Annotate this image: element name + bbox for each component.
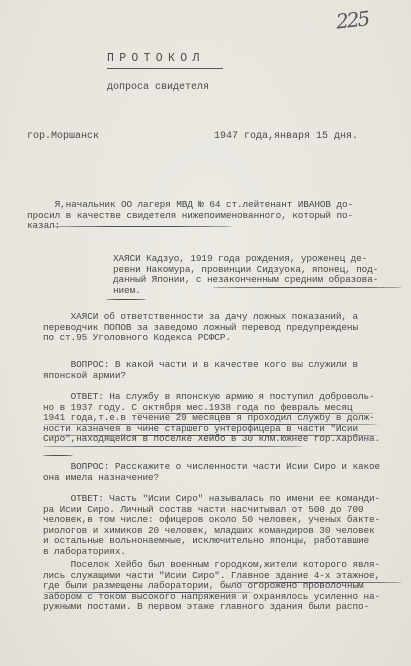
pencil-underline [43, 435, 378, 436]
archive-page-number: 225 [335, 6, 370, 33]
pencil-underline [43, 592, 253, 593]
intro-paragraph: Я,начальник ОО лагеря МВД № 64 ст.лейтен… [27, 200, 353, 232]
document-title: ПРОТОКОЛ [107, 52, 223, 69]
paragraph-settlement: Поселок Хейбо был военным городком,жител… [43, 560, 380, 613]
pencil-underline [52, 226, 232, 227]
pencil-underline [212, 287, 402, 288]
question-2: ВОПРОС: Расскажите о численности части И… [43, 462, 380, 483]
pencil-underline [134, 413, 374, 414]
answer-1: ОТВЕТ: На службу в японскую армию я пост… [43, 392, 380, 445]
pencil-underline [106, 299, 146, 300]
document-page: 225 ПРОТОКОЛ допроса свидетеля гор.Морша… [0, 0, 411, 666]
pencil-underline [43, 455, 73, 456]
document-date: 1947 года,января 15 дня. [214, 131, 358, 142]
question-1: ВОПРОС: В какой части и в качестве кого … [43, 360, 358, 381]
document-subtitle: допроса свидетеля [107, 82, 209, 93]
answer-2: ОТВЕТ: Часть "Исии Сиро" называлась по и… [43, 494, 380, 558]
pencil-underline [43, 446, 303, 447]
pencil-underline [232, 582, 402, 583]
witness-details: ХАЯСИ Кадзуо, 1919 года рождения, урожен… [113, 254, 378, 296]
pencil-underline [43, 424, 378, 425]
warning-paragraph: ХАЯСИ об ответственности за дачу ложных … [43, 312, 358, 344]
document-place: гор.Моршанск [27, 131, 99, 142]
